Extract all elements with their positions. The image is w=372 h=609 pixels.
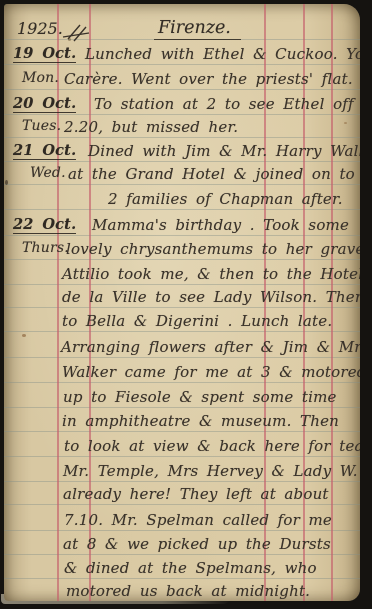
paper-spot bbox=[68, 38, 71, 41]
diary-line: Arranging flowers after & Jim & Mr. bbox=[4, 338, 360, 360]
entry-date-label: 19 Oct. bbox=[13, 45, 76, 63]
entry-text: motored us back at midnight. bbox=[66, 582, 310, 600]
diary-line: Wed.at the Grand Hotel & joined on to bbox=[4, 165, 360, 187]
entry-text: 2.20, but missed her. bbox=[64, 118, 238, 136]
year-label: 1925. bbox=[17, 19, 63, 38]
check-mark-flourish-icon bbox=[62, 22, 92, 42]
entry-date-label: 21 Oct. bbox=[13, 142, 76, 160]
entry-text: To station at 2 to see Ethel off by bbox=[94, 95, 360, 113]
diary-line: motored us back at midnight. bbox=[4, 582, 360, 601]
entry-text: Mr. Temple, Mrs Hervey & Lady W. bbox=[63, 462, 358, 480]
diary-line: 7.10. Mr. Spelman called for me bbox=[4, 511, 360, 533]
page-title: Firenze. bbox=[154, 18, 241, 40]
entry-text: Attilio took me, & then to the Hotel bbox=[62, 265, 360, 283]
diary-line: Mr. Temple, Mrs Hervey & Lady W. bbox=[4, 462, 360, 484]
diary-line: 22 Oct.Mamma's birthday . Took some bbox=[4, 216, 360, 238]
entry-day-label: Wed. bbox=[30, 165, 66, 181]
entry-text: already here! They left at about bbox=[63, 485, 329, 503]
diary-line: at 8 & we picked up the Dursts bbox=[4, 535, 360, 557]
entry-text: to Bella & Digerini . Lunch late. bbox=[62, 312, 332, 330]
entry-date-label: 22 Oct. bbox=[13, 216, 76, 234]
entry-text: Carère. Went over the priests' flat. bbox=[64, 70, 353, 88]
title-row: 1925. Firenze. bbox=[4, 4, 360, 44]
entry-day-label: Mon. bbox=[22, 70, 59, 86]
entry-text: 2 families of Chapman after. bbox=[108, 190, 343, 208]
diary-line: Walker came for me at 3 & motored bbox=[4, 363, 360, 385]
entry-text: & dined at the Spelmans, who bbox=[64, 559, 317, 577]
diary-line: to Bella & Digerini . Lunch late. bbox=[4, 312, 360, 334]
entry-text: Lunched with Ethel & Cuckoo. Young bbox=[85, 45, 360, 63]
entry-date-label: 20 Oct. bbox=[13, 95, 76, 113]
diary-line: & dined at the Spelmans, who bbox=[4, 559, 360, 581]
diary-photo: 1925. Firenze. 19 Oct.Lunched with Ethel… bbox=[0, 0, 372, 609]
diary-line: Mon.Carère. Went over the priests' flat. bbox=[4, 70, 360, 92]
entry-day-label: Tues. bbox=[22, 118, 61, 134]
diary-line: to look at view & back here for tea. bbox=[4, 437, 360, 459]
entry-text: lovely chrysanthemums to her grave. bbox=[66, 240, 360, 258]
entry-day-label: Thurs. bbox=[22, 240, 69, 256]
entry-text: Dined with Jim & Mr. Harry Walker bbox=[88, 142, 360, 160]
paper-spot bbox=[344, 122, 347, 124]
paper-spot bbox=[5, 180, 8, 185]
notebook-page: 1925. Firenze. 19 Oct.Lunched with Ethel… bbox=[4, 4, 360, 601]
diary-line: Tues.2.20, but missed her. bbox=[4, 118, 360, 140]
paper-spot bbox=[22, 334, 26, 337]
entry-text: at the Grand Hotel & joined on to bbox=[68, 165, 355, 183]
entry-text: Walker came for me at 3 & motored bbox=[62, 363, 360, 381]
diary-line: 21 Oct.Dined with Jim & Mr. Harry Walker bbox=[4, 142, 360, 164]
entry-text: at 8 & we picked up the Dursts bbox=[63, 535, 331, 553]
diary-line: already here! They left at about bbox=[4, 485, 360, 507]
entry-text: 7.10. Mr. Spelman called for me bbox=[64, 511, 332, 529]
diary-line: Attilio took me, & then to the Hotel bbox=[4, 265, 360, 287]
entry-text: de la Ville to see Lady Wilson. Then bbox=[62, 288, 360, 306]
diary-line: de la Ville to see Lady Wilson. Then bbox=[4, 288, 360, 310]
entry-text: Mamma's birthday . Took some bbox=[92, 216, 349, 234]
diary-line: up to Fiesole & spent some time bbox=[4, 388, 360, 410]
diary-line: 19 Oct.Lunched with Ethel & Cuckoo. Youn… bbox=[4, 45, 360, 67]
diary-line: 20 Oct.To station at 2 to see Ethel off … bbox=[4, 95, 360, 117]
entry-text: up to Fiesole & spent some time bbox=[63, 388, 337, 406]
diary-line: Thurs.lovely chrysanthemums to her grave… bbox=[4, 240, 360, 262]
entry-text: in amphitheatre & museum. Then bbox=[62, 412, 339, 430]
entry-text: Arranging flowers after & Jim & Mr. bbox=[61, 338, 360, 356]
diary-line: in amphitheatre & museum. Then bbox=[4, 412, 360, 434]
diary-line: 2 families of Chapman after. bbox=[4, 190, 360, 212]
entry-text: to look at view & back here for tea. bbox=[64, 437, 360, 455]
